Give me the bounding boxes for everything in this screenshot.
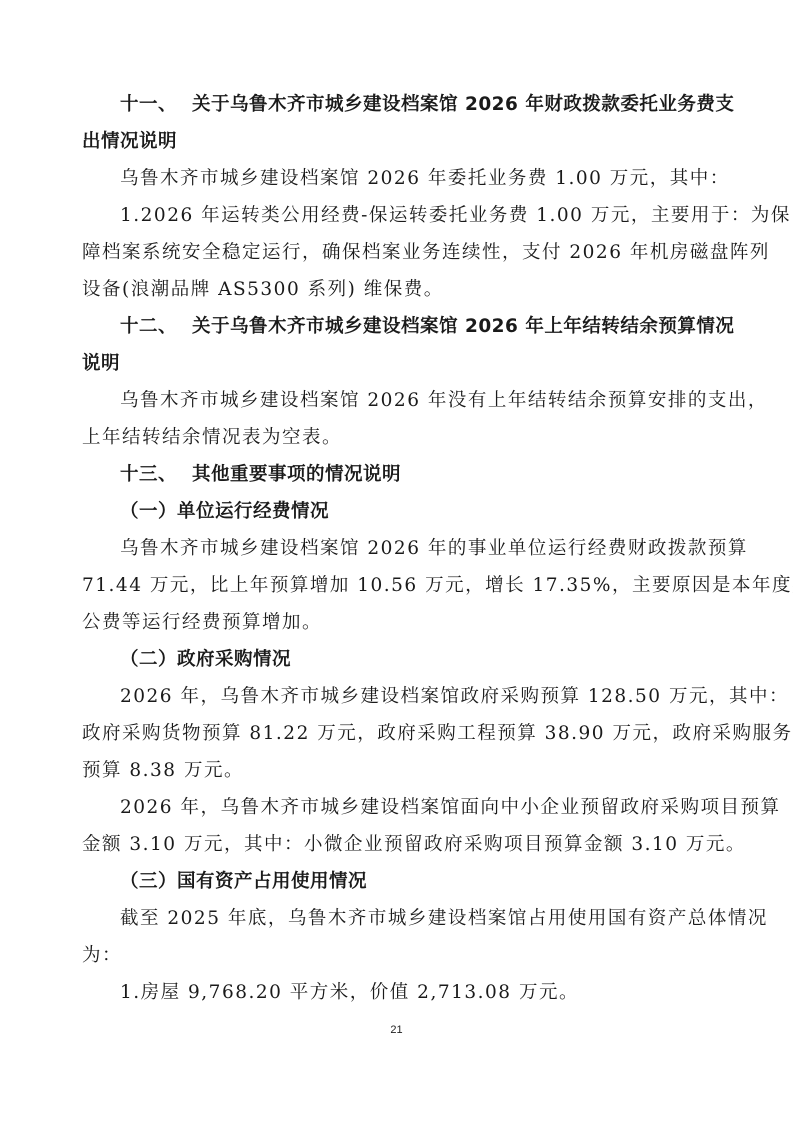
paragraph: 2026 年，乌鲁木齐市城乡建设档案馆政府采购预算 128.50 万元，其中：: [82, 678, 712, 715]
subsection-title-operating-costs: （一）单位运行经费情况: [82, 493, 712, 530]
paragraph-cont: 政府采购货物预算 81.22 万元，政府采购工程预算 38.90 万元，政府采购…: [82, 715, 712, 752]
paragraph-cont: 预算 8.38 万元。: [82, 752, 712, 789]
section-11-number: 十一、: [120, 86, 192, 123]
section-12-heading-cont: 说明: [82, 345, 712, 382]
paragraph-cont: 金额 3.10 万元，其中：小微企业预留政府采购项目预算金额 3.10 万元。: [82, 826, 712, 863]
section-11-heading: 十一、关于乌鲁木齐市城乡建设档案馆 2026 年财政拨款委托业务费支: [82, 86, 712, 123]
paragraph: 2026 年，乌鲁木齐市城乡建设档案馆面向中小企业预留政府采购项目预算: [82, 789, 712, 826]
section-13-number: 十三、: [120, 456, 192, 493]
paragraph-cont: 障档案系统安全稳定运行，确保档案业务连续性，支付 2026 年机房磁盘阵列: [82, 234, 712, 271]
page-number: 21: [0, 1024, 793, 1036]
paragraph: 1.房屋 9,768.20 平方米，价值 2,713.08 万元。: [82, 974, 712, 1011]
paragraph-cont: 设备(浪潮品牌 AS5300 系列) 维保费。: [82, 271, 712, 308]
paragraph-cont: 为：: [82, 937, 712, 974]
paragraph: 乌鲁木齐市城乡建设档案馆 2026 年的事业单位运行经费财政拨款预算: [82, 530, 712, 567]
paragraph-cont: 上年结转结余情况表为空表。: [82, 419, 712, 456]
document-page: 十一、关于乌鲁木齐市城乡建设档案馆 2026 年财政拨款委托业务费支 出情况说明…: [82, 86, 712, 1011]
subsection-title-state-assets: （三）国有资产占用使用情况: [82, 863, 712, 900]
paragraph: 乌鲁木齐市城乡建设档案馆 2026 年委托业务费 1.00 万元，其中：: [82, 160, 712, 197]
subsection-title-procurement: （二）政府采购情况: [82, 641, 712, 678]
section-13-heading: 十三、其他重要事项的情况说明: [82, 456, 712, 493]
section-12-number: 十二、: [120, 308, 192, 345]
paragraph-cont: 公费等运行经费预算增加。: [82, 604, 712, 641]
section-11-heading-cont: 出情况说明: [82, 123, 712, 160]
paragraph-cont: 71.44 万元，比上年预算增加 10.56 万元，增长 17.35%，主要原因…: [82, 567, 712, 604]
paragraph: 1.2026 年运转类公用经费-保运转委托业务费 1.00 万元，主要用于：为保: [82, 197, 712, 234]
paragraph: 乌鲁木齐市城乡建设档案馆 2026 年没有上年结转结余预算安排的支出，: [82, 382, 712, 419]
paragraph: 截至 2025 年底，乌鲁木齐市城乡建设档案馆占用使用国有资产总体情况: [82, 900, 712, 937]
section-12-heading: 十二、关于乌鲁木齐市城乡建设档案馆 2026 年上年结转结余预算情况: [82, 308, 712, 345]
